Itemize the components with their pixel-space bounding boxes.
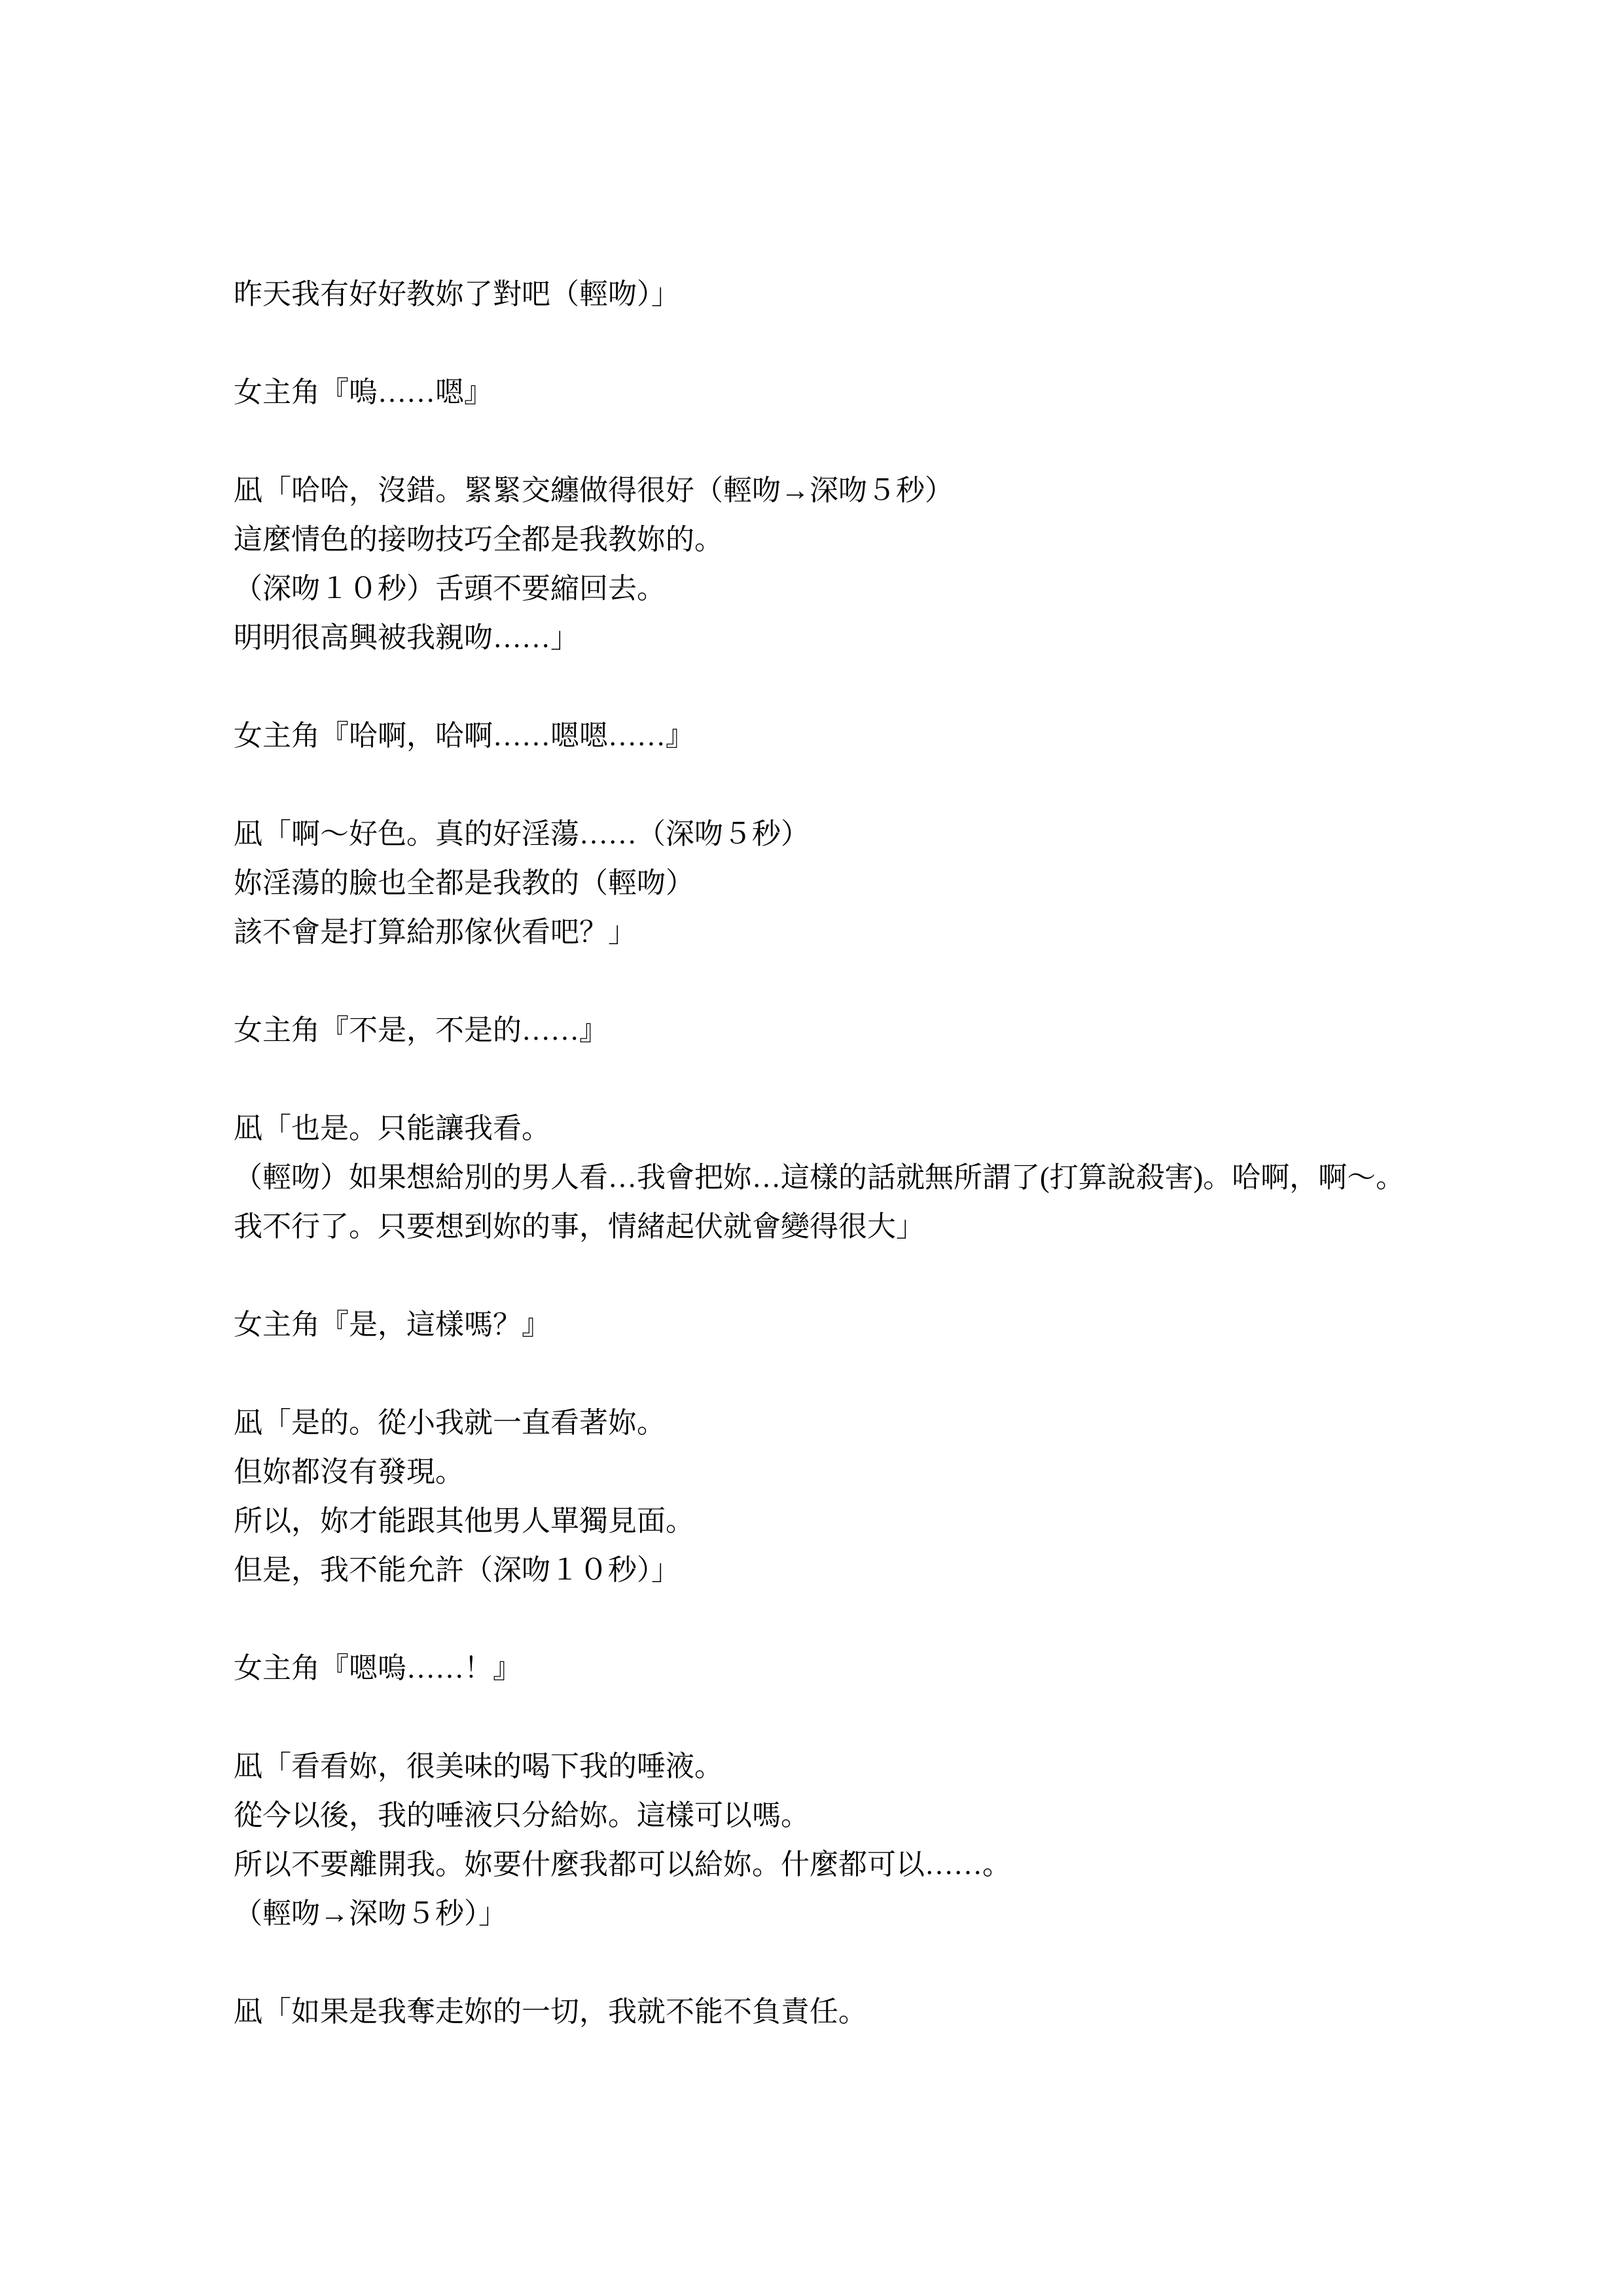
dialogue-paragraph: 昨天我有好好教妳了對吧（輕吻）」 <box>234 270 1492 319</box>
dialogue-paragraph: 凪「也是。只能讓我看。 （輕吻）如果想給別的男人看…我會把妳…這樣的話就無所謂了… <box>234 1104 1492 1251</box>
script-line: 所以，妳才能跟其他男人單獨見面。 <box>234 1496 1492 1545</box>
script-line: 該不會是打算給那傢伙看吧？」 <box>234 908 1492 957</box>
script-line: 凪「哈哈，沒錯。緊緊交纏做得很好（輕吻→深吻５秒） <box>234 466 1492 515</box>
script-line: 所以不要離開我。妳要什麼我都可以給妳。什麼都可以……。 <box>234 1840 1492 1889</box>
script-line: 女主角『嗯嗚……！』 <box>234 1644 1492 1693</box>
script-line: 妳淫蕩的臉也全都是我教的（輕吻） <box>234 858 1492 908</box>
script-line: 昨天我有好好教妳了對吧（輕吻）」 <box>234 270 1492 319</box>
script-line: 女主角『是，這樣嗎？』 <box>234 1300 1492 1349</box>
script-line: （輕吻→深吻５秒）」 <box>234 1889 1492 1938</box>
script-line: 凪「看看妳，很美味的喝下我的唾液。 <box>234 1742 1492 1791</box>
dialogue-paragraph: 女主角『嗯嗚……！』 <box>234 1644 1492 1693</box>
dialogue-paragraph: 凪「啊～好色。真的好淫蕩……（深吻５秒） 妳淫蕩的臉也全都是我教的（輕吻） 該不… <box>234 809 1492 957</box>
dialogue-paragraph: 女主角『不是，不是的……』 <box>234 1006 1492 1055</box>
dialogue-paragraph: 女主角『哈啊，哈啊……嗯嗯……』 <box>234 711 1492 760</box>
script-line: 明明很高興被我親吻……」 <box>234 613 1492 662</box>
dialogue-paragraph: 凪「看看妳，很美味的喝下我的唾液。 從今以後，我的唾液只分給妳。這樣可以嗎。 所… <box>234 1742 1492 1938</box>
script-line: 女主角『哈啊，哈啊……嗯嗯……』 <box>234 711 1492 760</box>
script-line: 凪「啊～好色。真的好淫蕩……（深吻５秒） <box>234 809 1492 858</box>
script-line: 凪「如果是我奪走妳的一切，我就不能不負責任。 <box>234 1987 1492 2036</box>
script-line: 我不行了。只要想到妳的事，情緒起伏就會變得很大」 <box>234 1202 1492 1251</box>
script-line: 女主角『嗚……嗯』 <box>234 368 1492 417</box>
script-line: 凪「也是。只能讓我看。 <box>234 1104 1492 1153</box>
script-line: （輕吻）如果想給別的男人看…我會把妳…這樣的話就無所謂了(打算說殺害)。哈啊，啊… <box>234 1153 1492 1202</box>
dialogue-paragraph: 女主角『是，這樣嗎？』 <box>234 1300 1492 1349</box>
dialogue-paragraph: 凪「如果是我奪走妳的一切，我就不能不負責任。 <box>234 1987 1492 2036</box>
dialogue-paragraph: 凪「是的。從小我就一直看著妳。 但妳都沒有發現。 所以，妳才能跟其他男人單獨見面… <box>234 1398 1492 1595</box>
dialogue-paragraph: 女主角『嗚……嗯』 <box>234 368 1492 417</box>
script-line: 女主角『不是，不是的……』 <box>234 1006 1492 1055</box>
script-line: （深吻１０秒）舌頭不要縮回去。 <box>234 564 1492 613</box>
dialogue-paragraph: 凪「哈哈，沒錯。緊緊交纏做得很好（輕吻→深吻５秒） 這麼情色的接吻技巧全都是我教… <box>234 466 1492 662</box>
script-line: 但是，我不能允許（深吻１０秒）」 <box>234 1545 1492 1595</box>
script-line: 從今以後，我的唾液只分給妳。這樣可以嗎。 <box>234 1791 1492 1840</box>
script-line: 但妳都沒有發現。 <box>234 1447 1492 1496</box>
document-page: 昨天我有好好教妳了對吧（輕吻）」 女主角『嗚……嗯』 凪「哈哈，沒錯。緊緊交纏做… <box>234 270 1492 2085</box>
script-line: 凪「是的。從小我就一直看著妳。 <box>234 1398 1492 1447</box>
script-line: 這麼情色的接吻技巧全都是我教妳的。 <box>234 515 1492 564</box>
